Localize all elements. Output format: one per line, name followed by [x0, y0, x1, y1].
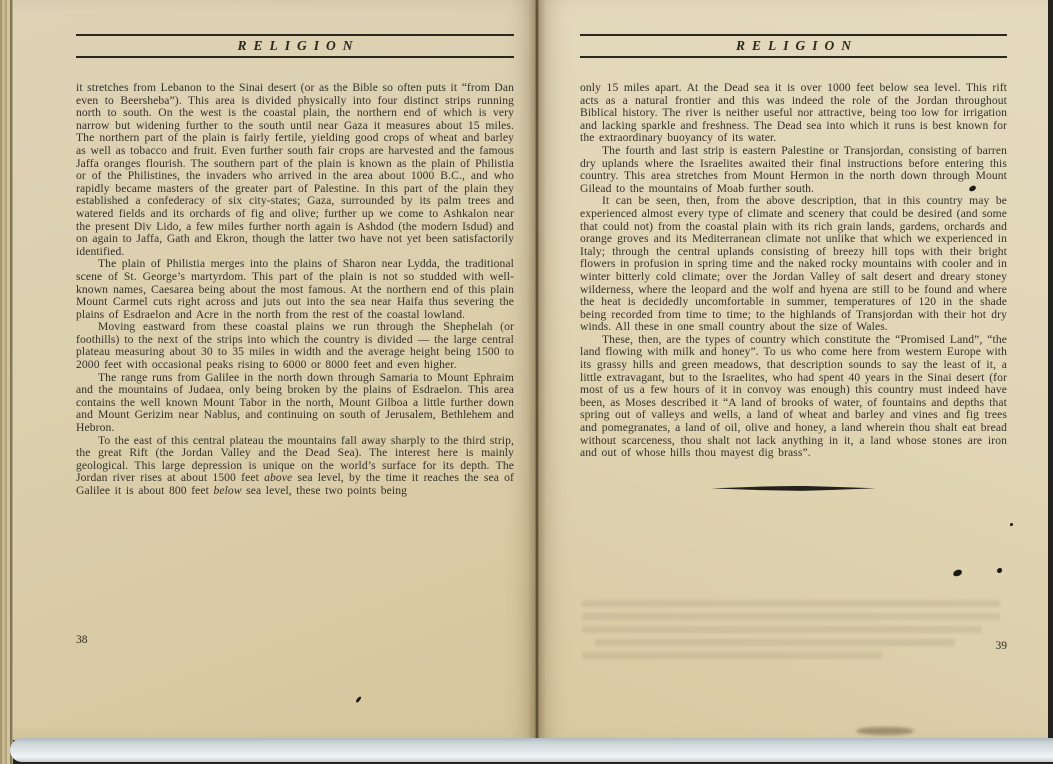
paragraph: To the east of this central plateau the … [76, 435, 514, 498]
gutter-shadow [528, 0, 546, 740]
text-run: sea level, these two points being [242, 484, 407, 497]
paragraph: only 15 miles apart. At the Dead sea it … [580, 82, 1007, 145]
page-right: RELIGION only 15 miles apart. At the Dea… [537, 0, 1048, 740]
text-run: The fourth and last strip is eastern Pal… [580, 144, 1007, 195]
ghost-text-line [582, 613, 1000, 620]
page-header: RELIGION [580, 34, 1007, 58]
header-rule-bottom [76, 56, 514, 58]
text-run: The range runs from Galilee in the north… [76, 371, 514, 434]
header-rule-bottom [580, 56, 1007, 58]
italic-text-run: below [213, 484, 241, 497]
page-number: 38 [76, 634, 88, 646]
paragraph: The plain of Philistia merges into the p… [76, 258, 514, 321]
ghost-text-line [582, 652, 882, 659]
page-body: only 15 miles apart. At the Dead sea it … [580, 82, 1007, 460]
paragraph: These, then, are the types of country wh… [580, 334, 1007, 460]
text-run: it stretches from Lebanon to the Sinai d… [76, 81, 514, 258]
ghost-text-line [582, 626, 982, 633]
page-left-content: RELIGION it stretches from Lebanon to th… [0, 0, 537, 498]
paragraph: Moving eastward from these coastal plain… [76, 321, 514, 371]
page-body: it stretches from Lebanon to the Sinai d… [76, 82, 514, 498]
book-scan: RELIGION it stretches from Lebanon to th… [0, 0, 1053, 764]
page-left: RELIGION it stretches from Lebanon to th… [0, 0, 537, 740]
header-title: RELIGION [580, 36, 1007, 56]
foxing-smudge [856, 727, 914, 735]
ghost-text-line [595, 639, 955, 646]
text-run: It can be seen, then, from the above des… [580, 194, 1007, 333]
italic-text-run: above [264, 471, 292, 484]
text-run: The plain of Philistia merges into the p… [76, 257, 514, 320]
chapter-end-divider [711, 486, 876, 491]
page-number: 39 [996, 640, 1008, 652]
page-edge-stack [0, 0, 13, 764]
paragraph: It can be seen, then, from the above des… [580, 195, 1007, 334]
text-run: only 15 miles apart. At the Dead sea it … [580, 81, 1007, 144]
header-title: RELIGION [76, 36, 514, 56]
paragraph: The fourth and last strip is eastern Pal… [580, 145, 1007, 195]
text-run: These, then, are the types of country wh… [580, 333, 1007, 459]
paragraph: it stretches from Lebanon to the Sinai d… [76, 82, 514, 258]
page-right-content: RELIGION only 15 miles apart. At the Dea… [537, 0, 1048, 491]
ghost-text-line [582, 600, 1000, 607]
paragraph: The range runs from Galilee in the north… [76, 372, 514, 435]
text-run: Moving eastward from these coastal plain… [76, 320, 514, 371]
scanner-bar [10, 738, 1053, 762]
page-header: RELIGION [76, 34, 514, 58]
